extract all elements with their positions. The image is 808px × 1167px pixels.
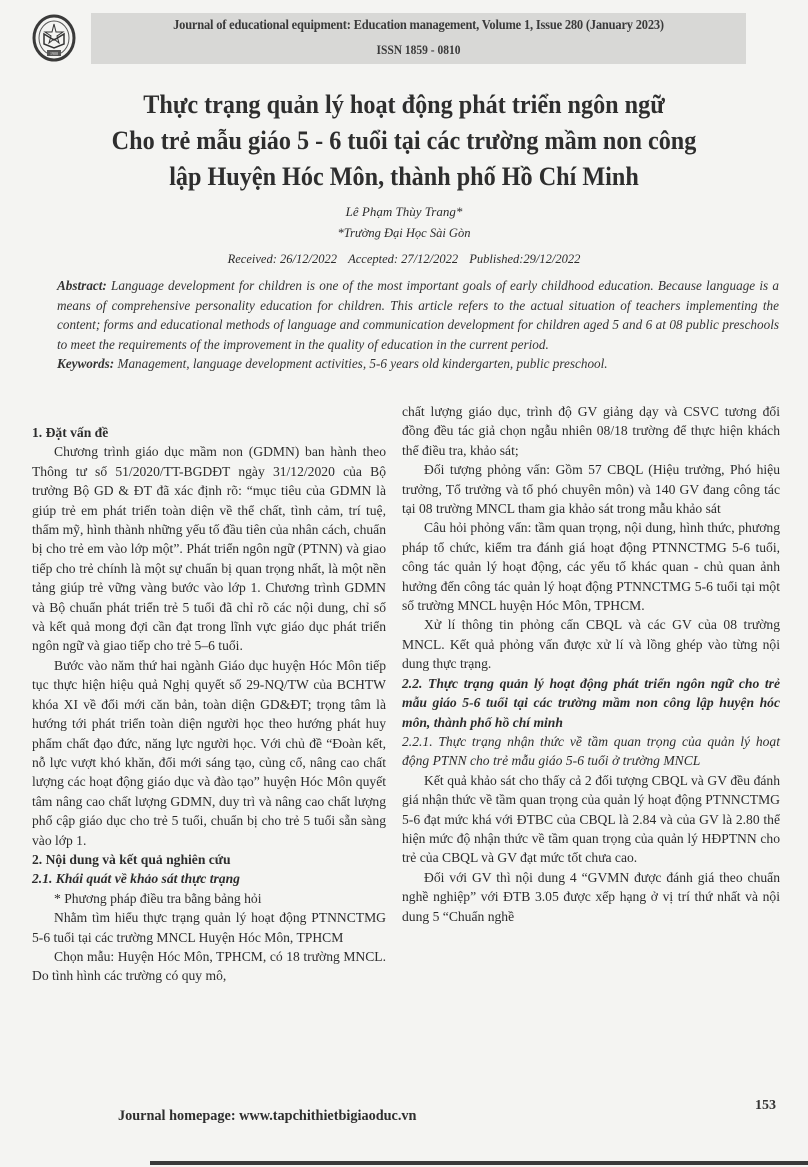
- published-date: Published:29/12/2022: [469, 252, 580, 266]
- journal-header-banner: Journal of educational equipment: Educat…: [91, 13, 746, 64]
- footer-divider: [150, 1161, 808, 1165]
- body-column-right: chất lượng giáo dục, trình độ GV giảng d…: [402, 402, 780, 926]
- received-date: Received: 26/12/2022: [228, 252, 337, 266]
- abstract: Abstract: Language development for child…: [57, 276, 779, 374]
- accepted-date: Accepted: 27/12/2022: [348, 252, 458, 266]
- article-dates: Received: 26/12/2022 Accepted: 27/12/202…: [0, 252, 808, 267]
- title-line: Cho trẻ mẫu giáo 5 - 6 tuổi tại các trườ…: [47, 123, 761, 159]
- journal-logo-icon: 1900: [32, 14, 76, 62]
- keywords-label: Keywords:: [57, 356, 114, 371]
- abstract-label: Abstract:: [57, 278, 107, 293]
- paragraph: Câu hỏi phỏng vấn: tầm quan trọng, nội d…: [402, 518, 780, 615]
- subsubsection-heading: 2.2.1. Thực trạng nhận thức về tầm quan …: [402, 732, 780, 771]
- keywords-text: Management, language development activit…: [114, 356, 607, 371]
- section-heading: 1. Đặt vấn đề: [32, 423, 386, 442]
- section-heading: 2. Nội dung và kết quả nghiên cứu: [32, 850, 386, 869]
- author-name: Lê Phạm Thùy Trang*: [0, 204, 808, 220]
- paragraph: Chương trình giáo dục mầm non (GDMN) ban…: [32, 442, 386, 655]
- paragraph: Bước vào năm thứ hai ngành Giáo dục huyệ…: [32, 656, 386, 850]
- body-column-left: 1. Đặt vấn đề Chương trình giáo dục mầm …: [32, 423, 386, 986]
- paragraph: Đối với GV thì nội dung 4 “GVMN được đán…: [402, 868, 780, 926]
- subsection-heading: 2.1. Khái quát về khảo sát thực trạng: [32, 869, 386, 888]
- paragraph: Nhằm tìm hiểu thực trạng quản lý hoạt độ…: [32, 908, 386, 947]
- paragraph: * Phương pháp điều tra bằng bảng hỏi: [32, 889, 386, 908]
- paragraph: chất lượng giáo dục, trình độ GV giảng d…: [402, 402, 780, 460]
- page-number: 153: [755, 1098, 776, 1114]
- journal-homepage-link[interactable]: Journal homepage: www.tapchithietbigiaod…: [118, 1108, 416, 1125]
- paragraph: Chọn mẫu: Huyện Hóc Môn, TPHCM, có 18 tr…: [32, 947, 386, 986]
- title-line: Thực trạng quản lý hoạt động phát triển …: [47, 87, 761, 123]
- paragraph: Kết quả khảo sát cho thấy cả 2 đối tượng…: [402, 771, 780, 868]
- author-affiliation: *Trường Đại Học Sài Gòn: [0, 226, 808, 241]
- paragraph: Đối tượng phỏng vấn: Gồm 57 CBQL (Hiệu t…: [402, 460, 780, 518]
- subsection-heading: 2.2. Thực trạng quản lý hoạt động phát t…: [402, 674, 780, 732]
- title-line: lập Huyện Hóc Môn, thành phố Hồ Chí Minh: [47, 159, 761, 195]
- issn: ISSN 1859 - 0810: [117, 43, 720, 58]
- paragraph: Xử lí thông tin phỏng cấn CBQL và các GV…: [402, 615, 780, 673]
- svg-text:1900: 1900: [50, 51, 58, 56]
- abstract-text: Language development for children is one…: [57, 278, 779, 352]
- journal-citation: Journal of educational equipment: Educat…: [114, 17, 723, 33]
- article-title: Thực trạng quản lý hoạt động phát triển …: [20, 87, 788, 195]
